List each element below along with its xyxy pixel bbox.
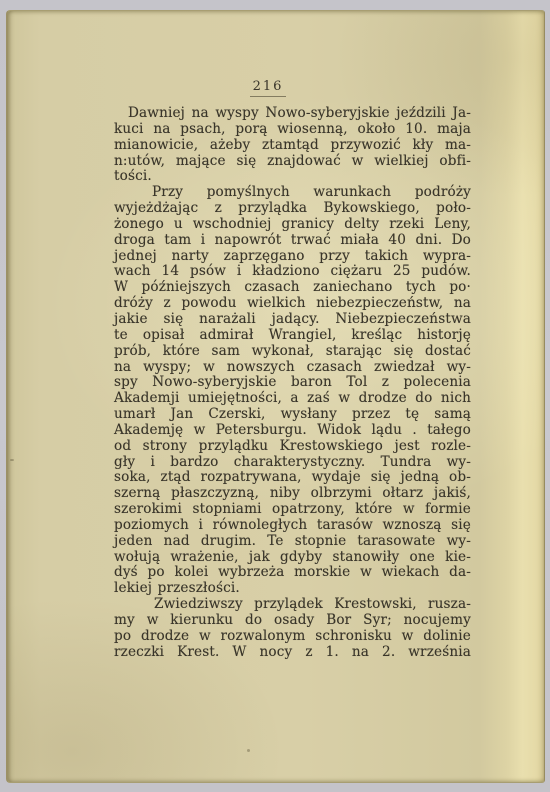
text-line: po drodze w rozwalonym schronisku w doli… bbox=[114, 629, 471, 645]
page-header: 216 bbox=[8, 75, 544, 97]
paragraph: Przy pomyślnych warunkach podróżywyjeżdż… bbox=[114, 185, 471, 597]
text-line: te opisał admirał Wrangiel, kreśląc hist… bbox=[114, 328, 471, 344]
paper-speck bbox=[10, 459, 14, 461]
text-line: spy Nowo-syberyjskie baron Tol z polecen… bbox=[114, 375, 471, 391]
text-line: my w kierunku do osady Bor Syr; nocujemy bbox=[114, 613, 471, 629]
text-line: dróży z powodu wielkich niebezpieczeństw… bbox=[114, 296, 471, 312]
text-line: Akademję w Petersburgu. Widok lądu . tał… bbox=[114, 423, 471, 439]
text-line: Przy pomyślnych warunkach podróży bbox=[114, 185, 471, 201]
book-page: 216 Dawniej na wyspy Nowo-syberyjskie je… bbox=[6, 10, 545, 783]
text-line: kuci na psach, porą wiosenną, około 10. … bbox=[114, 122, 471, 138]
text-line: gły i bardzo charakterystyczny. Tundra w… bbox=[114, 455, 471, 471]
paragraph: Dawniej na wyspy Nowo-syberyjskie jeździ… bbox=[114, 106, 471, 185]
text-block: Dawniej na wyspy Nowo-syberyjskie jeździ… bbox=[114, 106, 471, 661]
text-line: żonego u wschodniej granicy delty rzeki … bbox=[114, 217, 471, 233]
text-line: mianowicie, ażeby ztamtąd przywozić kły … bbox=[114, 138, 471, 154]
text-line: lekiej przeszłości. bbox=[114, 581, 471, 597]
text-line: szerokimi stopniami opatrzony, które w f… bbox=[114, 502, 471, 518]
scan-background: 216 Dawniej na wyspy Nowo-syberyjskie je… bbox=[0, 0, 550, 792]
text-line: szerną płaszczyzną, niby olbrzymi ołtarz… bbox=[114, 486, 471, 502]
text-line: soka, ztąd rozpatrywana, wydaje się jedn… bbox=[114, 470, 471, 486]
text-line: od strony przylądku Krestowskiego jest r… bbox=[114, 439, 471, 455]
text-line: Akademji umiejętności, a zaś w drodze do… bbox=[114, 391, 471, 407]
text-line: rzeczki Krest. W nocy z 1. na 2. wrześni… bbox=[114, 645, 471, 661]
text-line: na wyspy; w nowszych czasach zwiedzał wy… bbox=[114, 360, 471, 376]
paper-speck bbox=[247, 749, 250, 752]
text-line: poziomych i równoległych tarasów wznoszą… bbox=[114, 518, 471, 534]
text-line: wołują wrażenie, jak gdyby stanowiły one… bbox=[114, 550, 471, 566]
text-line: Zwiedziwszy przylądek Krestowski, rusza- bbox=[114, 597, 471, 613]
text-line: wyjeżdżając z przylądka Bykowskiego, poł… bbox=[114, 201, 471, 217]
text-line: jeden nad drugim. Te stopnie tarasowate … bbox=[114, 534, 471, 550]
page-number: 216 bbox=[250, 79, 287, 97]
paragraph: Zwiedziwszy przylądek Krestowski, rusza-… bbox=[114, 597, 471, 660]
text-line: jednej narty zaprzęgano przy takich wypr… bbox=[114, 249, 471, 265]
text-line: tości. bbox=[114, 169, 471, 185]
text-line: Dawniej na wyspy Nowo-syberyjskie jeździ… bbox=[114, 106, 471, 122]
text-line: jakie się narażali jadący. Niebezpieczeń… bbox=[114, 312, 471, 328]
text-line: prób, które sam wykonał, starając się do… bbox=[114, 344, 471, 360]
text-line: W późniejszych czasach zaniechano tych p… bbox=[114, 280, 471, 296]
text-line: umarł Jan Czerski, wysłany przez tę samą bbox=[114, 407, 471, 423]
text-line: droga tam i napowrót trwać miała 40 dni.… bbox=[114, 233, 471, 249]
text-line: dyś po kolei wybrzeża morskie w wiekach … bbox=[114, 565, 471, 581]
text-line: n:utów, mające się znajdować w wielkiej … bbox=[114, 154, 471, 170]
text-line: wach 14 psów i kładziono ciężaru 25 pudó… bbox=[114, 264, 471, 280]
